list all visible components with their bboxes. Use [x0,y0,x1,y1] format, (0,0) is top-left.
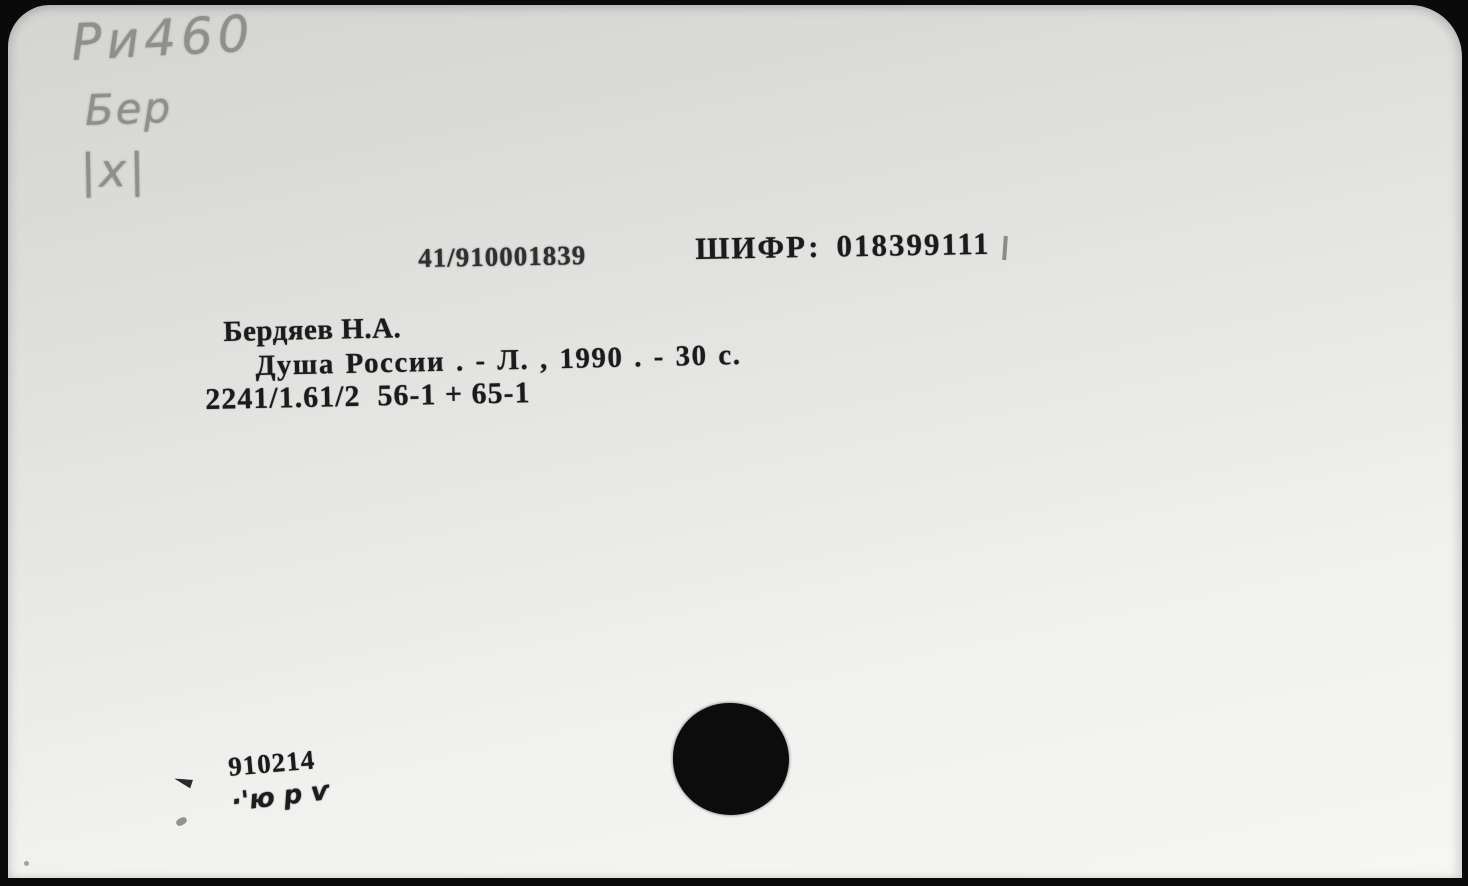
scan-speck [24,861,29,866]
scanned-catalog-card-photo: Ри460 Бер |х| 41/910001839 ШИФР: 0183991… [0,0,1468,886]
cipher-value: 018399111 [836,226,991,265]
cipher-line: ШИФР: 018399111 [695,226,991,267]
pencil-call-number: Ри460 [70,4,256,72]
pencil-author-abbreviation: Бер [84,83,173,135]
entry-call-codes: 2241/1.61/2 56-1 + 65-1 [205,376,531,417]
entry-author: Бердяев Н.А. [223,312,402,349]
pencil-format-mark: |х| [80,143,148,198]
accession-number: 41/910001839 [418,240,587,274]
hole-punch-circle [673,703,789,815]
cipher-label: ШИФР: [695,229,821,267]
